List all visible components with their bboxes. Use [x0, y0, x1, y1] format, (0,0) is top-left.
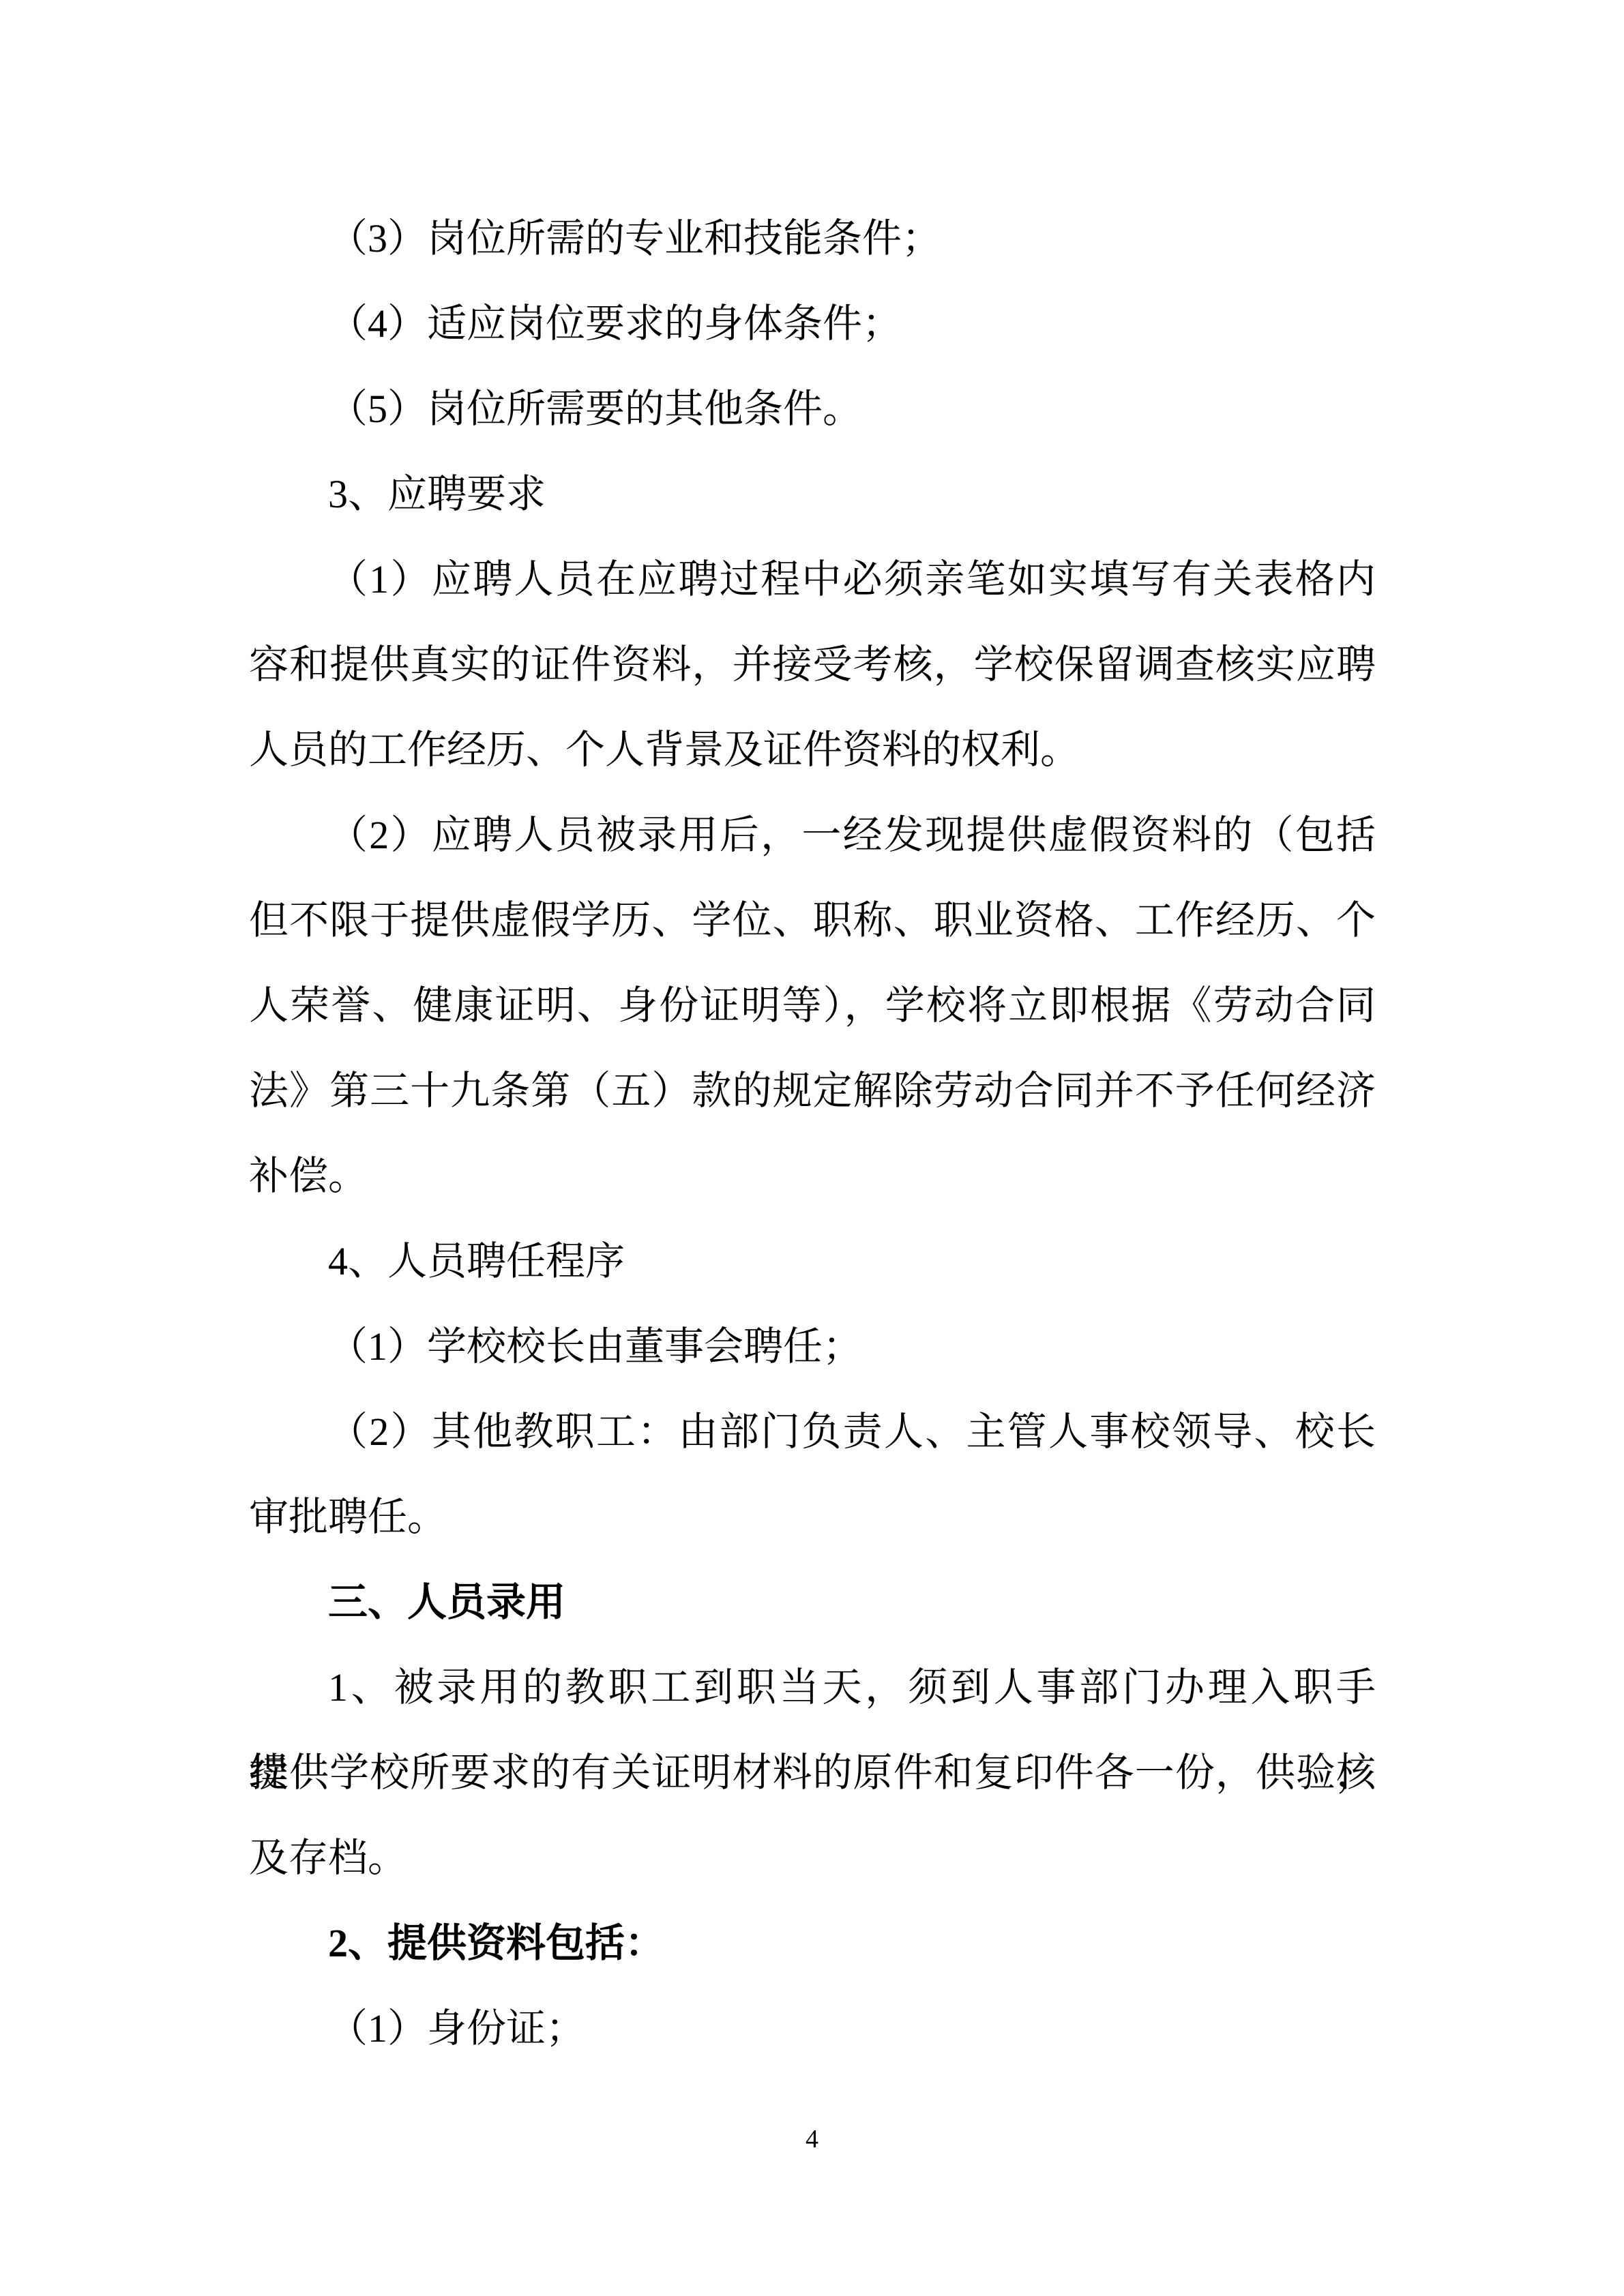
text-line: 及存档。 [249, 1815, 1376, 1900]
text-line: 人荣誉、健康证明、身份证明等），学校将立即根据《劳动合同 [249, 963, 1376, 1048]
document-page: （3）岗位所需的专业和技能条件；（4）适应岗位要求的身体条件；（5）岗位所需要的… [0, 0, 1624, 2296]
text-line: （5）岗位所需要的其他条件。 [249, 366, 1376, 451]
text-line: （3）岗位所需的专业和技能条件； [249, 196, 1376, 281]
text-line: 但不限于提供虚假学历、学位、职称、职业资格、工作经历、个 [249, 878, 1376, 963]
text-line: （2）其他教职工：由部门负责人、主管人事校领导、校长 [249, 1389, 1376, 1474]
text-line: 3、应聘要求 [249, 451, 1376, 537]
text-line: （4）适应岗位要求的身体条件； [249, 281, 1376, 366]
text-line: （1）身份证； [249, 1986, 1376, 2071]
text-line: 审批聘任。 [249, 1474, 1376, 1560]
text-line: 容和提供真实的证件资料，并接受考核，学校保留调查核实应聘 [249, 622, 1376, 707]
text-line: （2）应聘人员被录用后，一经发现提供虚假资料的（包括 [249, 792, 1376, 878]
text-line: 补偿。 [249, 1133, 1376, 1219]
text-line: 法》第三十九条第（五）款的规定解除劳动合同并不予任何经济 [249, 1048, 1376, 1133]
text-line: （1）学校校长由董事会聘任； [249, 1304, 1376, 1389]
text-line: 1、被录用的教职工到职当天，须到人事部门办理入职手续， [249, 1645, 1376, 1730]
body-text: （3）岗位所需的专业和技能条件；（4）适应岗位要求的身体条件；（5）岗位所需要的… [249, 196, 1376, 2071]
text-line: 提供学校所要求的有关证明材料的原件和复印件各一份，供验核 [249, 1730, 1376, 1815]
text-line: 2、提供资料包括： [249, 1900, 1376, 1986]
text-line: 人员的工作经历、个人背景及证件资料的权利。 [249, 707, 1376, 792]
page-number: 4 [0, 2122, 1624, 2156]
text-line: （1）应聘人员在应聘过程中必须亲笔如实填写有关表格内 [249, 537, 1376, 622]
text-line: 4、人员聘任程序 [249, 1219, 1376, 1304]
text-line: 三、人员录用 [249, 1560, 1376, 1645]
